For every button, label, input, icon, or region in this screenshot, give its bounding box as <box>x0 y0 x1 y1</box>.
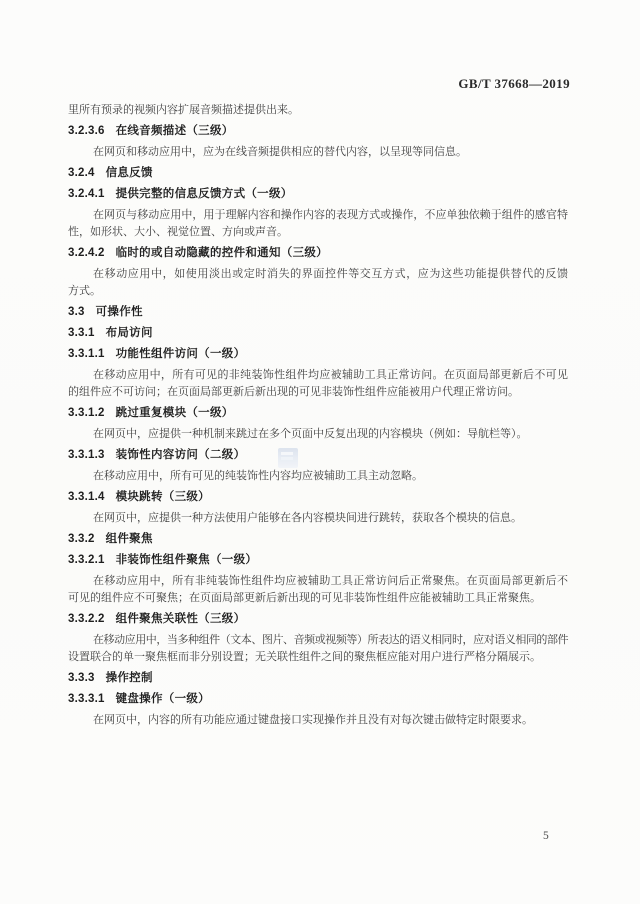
clause-number: 3.3.2.1 <box>68 552 105 569</box>
heading-3-3-2: 3.3.2组件聚焦 <box>68 531 568 548</box>
clause-number: 3.3 <box>68 304 85 321</box>
heading-3-3-3: 3.3.3操作控制 <box>68 670 568 687</box>
clause-title: 组件聚焦关联性（三级） <box>116 613 246 625</box>
heading-3-2-4-2: 3.2.4.2临时的或自动隐藏的控件和通知（三级） <box>68 245 568 262</box>
clause-number: 3.3.1.2 <box>68 405 105 422</box>
clause-title: 模块跳转（三级） <box>116 491 210 503</box>
paragraph-line: 可见的组件应不可聚焦；在页面局部更新后新出现的可见非装饰性组件应能被辅助工具正常… <box>68 590 568 607</box>
clause-number: 3.3.3.1 <box>68 691 105 708</box>
clause-paragraph: 在网页中，内容的所有功能应通过键盘接口实现操作并且没有对每次键击做特定时限要求。 <box>68 712 568 729</box>
clause-title: 临时的或自动隐藏的控件和通知（三级） <box>116 247 328 259</box>
clause-paragraph: 在网页与移动应用中，用于理解内容和操作内容的表现方式或操作，不应单独依赖于组件的… <box>68 207 568 241</box>
paragraph-line: 在移动应用中，所有可见的纯装饰性内容均应被辅助工具主动忽略。 <box>68 468 568 485</box>
paragraph-line: 在网页中，应提供一种方法使用户能够在各内容模块间进行跳转，获取各个模块的信息。 <box>68 510 568 527</box>
clause-number: 3.3.1.1 <box>68 346 105 363</box>
paragraph-line: 性，如形状、大小、视觉位置、方向或声音。 <box>68 224 568 241</box>
clause-title: 功能性组件访问（一级） <box>116 348 246 360</box>
clause-number: 3.3.3 <box>68 670 95 687</box>
heading-3-3-2-2: 3.3.2.2组件聚焦关联性（三级） <box>68 611 568 628</box>
paragraph-line: 里所有预录的视频内容扩展音频描述提供出来。 <box>68 102 568 119</box>
clause-paragraph: 在移动应用中，所有可见的非纯装饰性组件均应被辅助工具正常访问。在页面局部更新后不… <box>68 367 568 401</box>
standard-number: GB/T 37668—2019 <box>458 76 570 92</box>
heading-3-2-4: 3.2.4信息反馈 <box>68 165 568 182</box>
clause-paragraph: 在网页和移动应用中，应为在线音频提供相应的替代内容，以呈现等同信息。 <box>68 144 568 161</box>
paragraph-line: 设置联合的单一聚焦框而非分别设置；无关联性组件之间的聚焦框应能对用户进行严格分隔… <box>68 649 568 666</box>
clause-number: 3.3.2 <box>68 531 95 548</box>
paragraph-line: 方式。 <box>68 283 568 300</box>
clause-paragraph: 在移动应用中，当多种组件（文本、图片、音频或视频等）所表达的语义相同时，应对语义… <box>68 632 568 666</box>
paragraph-line: 在网页与移动应用中，用于理解内容和操作内容的表现方式或操作，不应单独依赖于组件的… <box>68 207 568 224</box>
heading-3-3-1-3: 3.3.1.3装饰性内容访问（二级） <box>68 447 568 464</box>
paragraph-line: 在移动应用中，如使用淡出或定时消失的界面控件等交互方式，应为这些功能提供替代的反… <box>68 266 568 283</box>
heading-3-2-3-6: 3.2.3.6在线音频描述（三级） <box>68 123 568 140</box>
clause-paragraph: 在移动应用中，如使用淡出或定时消失的界面控件等交互方式，应为这些功能提供替代的反… <box>68 266 568 300</box>
page-number: 5 <box>543 830 549 842</box>
paragraph-line: 在网页中，内容的所有功能应通过键盘接口实现操作并且没有对每次键击做特定时限要求。 <box>68 712 568 729</box>
clause-number: 3.2.3.6 <box>68 123 105 140</box>
heading-3-3-1-1: 3.3.1.1功能性组件访问（一级） <box>68 346 568 363</box>
paragraph-line: 在移动应用中，当多种组件（文本、图片、音频或视频等）所表达的语义相同时，应对语义… <box>68 632 568 649</box>
document-page: GB/T 37668—2019 里所有预录的视频内容扩展音频描述提供出来。 3.… <box>0 0 640 904</box>
clause-title: 在线音频描述（三级） <box>116 125 234 137</box>
clause-number: 3.3.1.4 <box>68 489 105 506</box>
clause-title: 非装饰性组件聚焦（一级） <box>116 554 258 566</box>
clause-title: 布局访问 <box>106 327 153 339</box>
paragraph-line: 在移动应用中，所有可见的非纯装饰性组件均应被辅助工具正常访问。在页面局部更新后不… <box>68 367 568 384</box>
heading-3-3-2-1: 3.3.2.1非装饰性组件聚焦（一级） <box>68 552 568 569</box>
clause-title: 操作控制 <box>106 672 153 684</box>
clause-title: 可操作性 <box>96 306 143 318</box>
page-content: 里所有预录的视频内容扩展音频描述提供出来。 3.2.3.6在线音频描述（三级） … <box>68 98 568 733</box>
clause-paragraph: 在移动应用中，所有非纯装饰性组件均应被辅助工具正常访问后正常聚焦。在页面局部更新… <box>68 573 568 607</box>
heading-3-3-1: 3.3.1布局访问 <box>68 325 568 342</box>
paragraph-line: 在网页和移动应用中，应为在线音频提供相应的替代内容，以呈现等同信息。 <box>68 144 568 161</box>
clause-paragraph-continuation: 里所有预录的视频内容扩展音频描述提供出来。 <box>68 102 568 119</box>
heading-3-2-4-1: 3.2.4.1提供完整的信息反馈方式（一级） <box>68 186 568 203</box>
clause-number: 3.2.4.1 <box>68 186 105 203</box>
heading-3-3-1-2: 3.3.1.2跳过重复模块（一级） <box>68 405 568 422</box>
clause-title: 组件聚焦 <box>106 533 153 545</box>
clause-title: 提供完整的信息反馈方式（一级） <box>116 188 293 200</box>
clause-title: 信息反馈 <box>106 167 153 179</box>
clause-paragraph: 在移动应用中，所有可见的纯装饰性内容均应被辅助工具主动忽略。 <box>68 468 568 485</box>
clause-number: 3.3.1.3 <box>68 447 105 464</box>
clause-title: 键盘操作（一级） <box>116 693 210 705</box>
clause-paragraph: 在网页中，应提供一种机制来跳过在多个页面中反复出现的内容模块（例如：导航栏等）。 <box>68 426 568 443</box>
clause-title: 跳过重复模块（一级） <box>116 407 234 419</box>
heading-3-3-1-4: 3.3.1.4模块跳转（三级） <box>68 489 568 506</box>
clause-number: 3.2.4 <box>68 165 95 182</box>
clause-number: 3.3.2.2 <box>68 611 105 628</box>
paragraph-line: 在网页中，应提供一种机制来跳过在多个页面中反复出现的内容模块（例如：导航栏等）。 <box>68 426 568 443</box>
heading-3-3-3-1: 3.3.3.1键盘操作（一级） <box>68 691 568 708</box>
clause-number: 3.2.4.2 <box>68 245 105 262</box>
heading-3-3: 3.3可操作性 <box>68 304 568 321</box>
clause-paragraph: 在网页中，应提供一种方法使用户能够在各内容模块间进行跳转，获取各个模块的信息。 <box>68 510 568 527</box>
clause-title: 装饰性内容访问（二级） <box>116 449 246 461</box>
paragraph-line: 在移动应用中，所有非纯装饰性组件均应被辅助工具正常访问后正常聚焦。在页面局部更新… <box>68 573 568 590</box>
clause-number: 3.3.1 <box>68 325 95 342</box>
paragraph-line: 的组件应不可访问；在页面局部更新后新出现的可见非装饰性组件应能被用户代理正常访问… <box>68 384 568 401</box>
watermark-stamp-icon <box>278 448 298 468</box>
